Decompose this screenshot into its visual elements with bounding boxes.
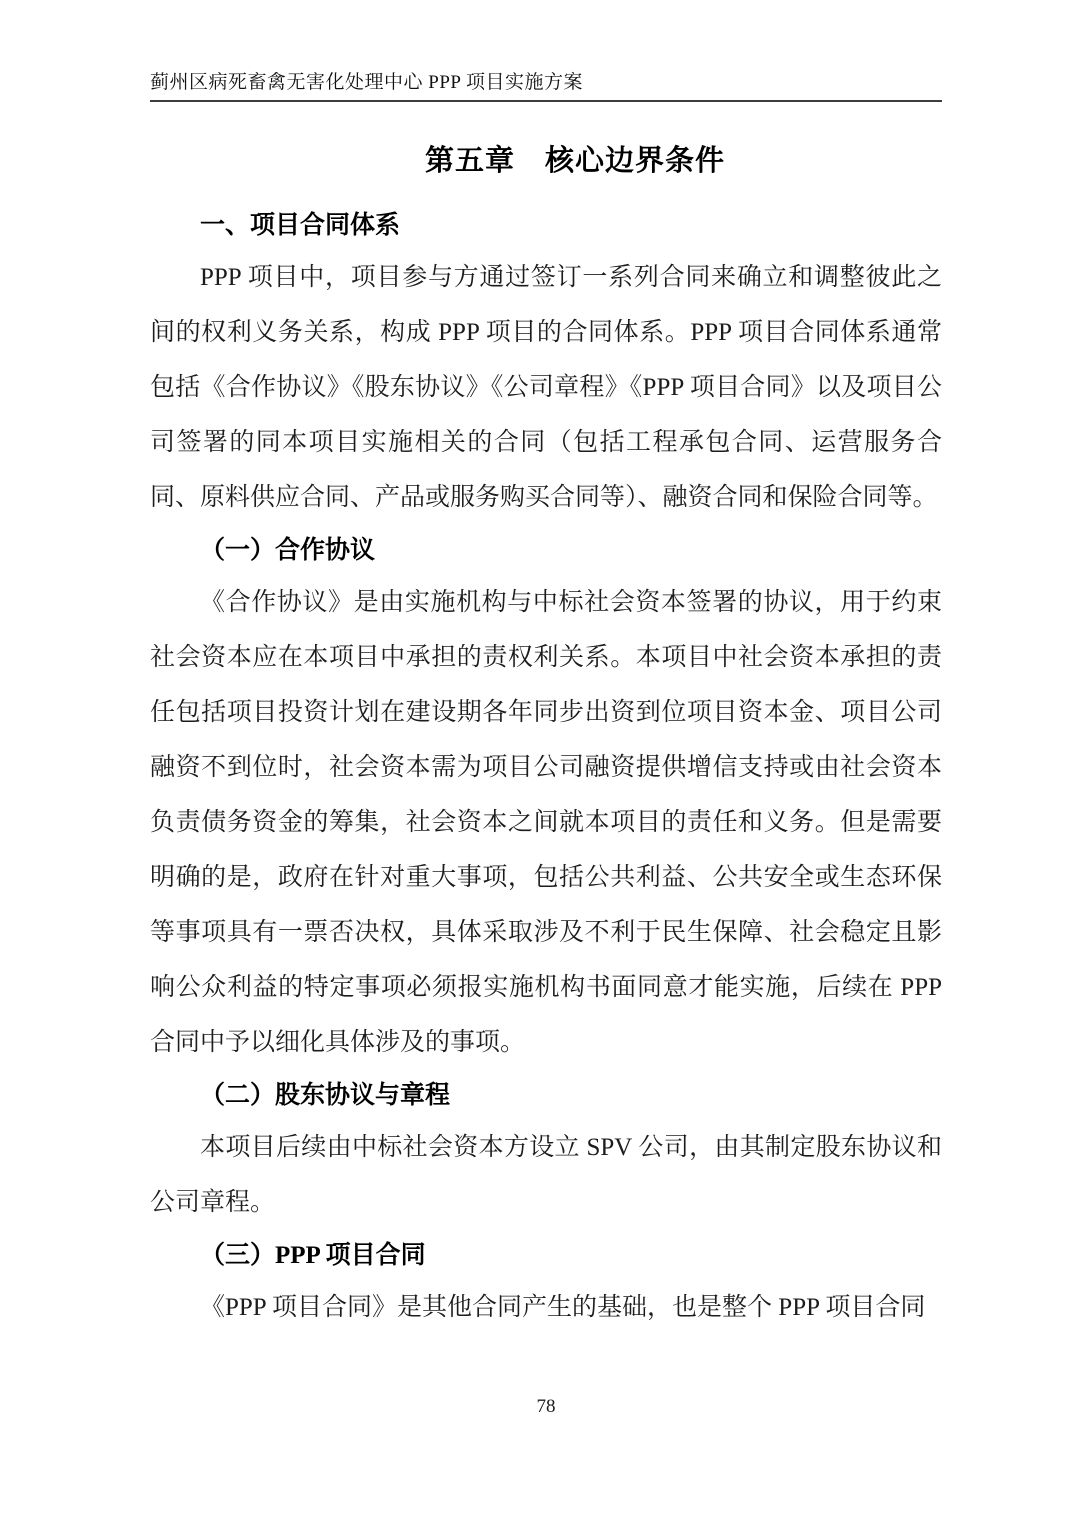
subsection-heading: （三）PPP 项目合同 — [150, 1236, 942, 1276]
chapter-title: 第五章 核心边界条件 — [150, 138, 942, 184]
document-page: 蓟州区病死畜禽无害化处理中心 PPP 项目实施方案 第五章 核心边界条件 一、项… — [0, 0, 1069, 1514]
running-header-text: 蓟州区病死畜禽无害化处理中心 PPP 项目实施方案 — [150, 72, 583, 93]
body-paragraph: 《合作协议》是由实施机构与中标社会资本签署的协议，用于约束社会资本应在本项目中承… — [150, 575, 942, 1070]
section-heading: 一、项目合同体系 — [150, 206, 942, 246]
subsection-heading: （二）股东协议与章程 — [150, 1076, 942, 1116]
body-paragraph: 本项目后续由中标社会资本方设立 SPV 公司，由其制定股东协议和公司章程。 — [150, 1120, 942, 1230]
running-header: 蓟州区病死畜禽无害化处理中心 PPP 项目实施方案 — [150, 71, 942, 102]
page-content: 蓟州区病死畜禽无害化处理中心 PPP 项目实施方案 第五章 核心边界条件 一、项… — [150, 0, 942, 1335]
body-paragraph: PPP 项目中，项目参与方通过签订一系列合同来确立和调整彼此之间的权利义务关系，… — [150, 250, 942, 525]
page-number: 78 — [150, 1396, 942, 1418]
body-paragraph: 《PPP 项目合同》是其他合同产生的基础，也是整个 PPP 项目合同 — [150, 1280, 942, 1335]
subsection-heading: （一）合作协议 — [150, 531, 942, 571]
